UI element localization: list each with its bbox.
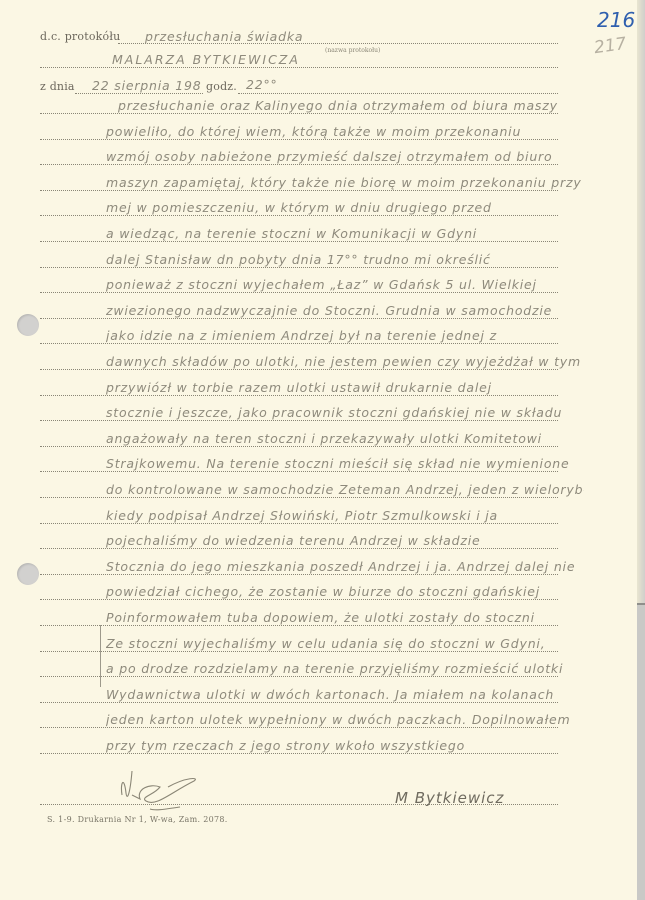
folio-number-previous: 217 bbox=[593, 34, 628, 58]
ruled-line bbox=[40, 318, 558, 319]
ruled-line bbox=[40, 267, 558, 268]
statement-line: a po drodze rozdzielamy na terenie przyj… bbox=[106, 661, 584, 676]
statement-line: mej w pomieszczeniu, w którym w dniu dru… bbox=[106, 200, 584, 215]
witness-signature: M Bytkiewicz bbox=[395, 789, 525, 807]
statement-line: powieliło, do której wiem, którą także w… bbox=[106, 124, 584, 139]
statement-line: przywiózł w torbie razem ulotki ustawił … bbox=[106, 380, 584, 395]
punch-hole-top bbox=[17, 314, 39, 336]
ruled-line bbox=[40, 343, 558, 344]
statement-line: dawnych składów po ulotki, nie jestem pe… bbox=[106, 354, 584, 369]
time-line bbox=[238, 93, 558, 94]
ruled-line bbox=[40, 420, 558, 421]
statement-line: kiedy podpisał Andrzej Słowiński, Piotr … bbox=[106, 508, 584, 523]
ruled-line bbox=[40, 599, 558, 600]
statement-line: angażowały na teren stoczni i przekazywa… bbox=[106, 431, 584, 446]
ruled-line bbox=[40, 164, 558, 165]
ruled-line bbox=[40, 497, 558, 498]
time-handwritten: 22°° bbox=[246, 77, 286, 92]
date-label: z dnia bbox=[40, 80, 75, 93]
ruled-line bbox=[40, 625, 558, 626]
statement-line: dalej Stanisław dn pobyty dnia 17°° trud… bbox=[106, 252, 584, 267]
statement-line: jeden karton ulotek wypełniony w dwóch p… bbox=[106, 712, 584, 727]
statement-line: ponieważ z stoczni wyjechałem „Łaz” w Gd… bbox=[106, 277, 584, 292]
ruled-line bbox=[40, 369, 558, 370]
ruled-line bbox=[40, 651, 558, 652]
time-label: godz. bbox=[206, 80, 237, 93]
statement-line: przy tym rzeczach z jego strony wkoło ws… bbox=[106, 738, 584, 753]
document-page: 216 217 d.c. protokółu przesłuchania świ… bbox=[0, 0, 637, 900]
ruled-line bbox=[40, 139, 558, 140]
statement-line: Strajkowemu. Na terenie stoczni mieścił … bbox=[106, 456, 584, 471]
statement-line: jako idzie na z imieniem Andrzej był na … bbox=[106, 328, 584, 343]
statement-line: przesłuchanie oraz Kalinyego dnia otrzym… bbox=[118, 98, 558, 113]
printer-imprint: S. 1-9. Drukarnia Nr 1, W-wa, Zam. 2078. bbox=[47, 815, 228, 824]
ruled-line bbox=[40, 113, 558, 114]
statement-line: powiedział cichego, że zostanie w biurze… bbox=[106, 584, 584, 599]
ruled-line bbox=[40, 523, 558, 524]
ruled-line bbox=[40, 676, 558, 677]
punch-hole-bottom bbox=[17, 563, 39, 585]
ruled-line bbox=[40, 446, 558, 447]
ruled-line bbox=[40, 471, 558, 472]
statement-line: a wiedząc, na terenie stoczni w Komunika… bbox=[106, 226, 584, 241]
date-line bbox=[75, 93, 203, 94]
ruled-line bbox=[40, 702, 558, 703]
statement-line: pojechaliśmy do wiedzenia terenu Andrzej… bbox=[106, 533, 584, 548]
statement-line: Wydawnictwa ulotki w dwóch kartonach. Ja… bbox=[106, 687, 584, 702]
statement-line: maszyn zapamiętaj, który także nie biorę… bbox=[106, 175, 584, 190]
statement-line: do kontrolowane w samochodzie Zeteman An… bbox=[106, 482, 584, 497]
ruled-line bbox=[40, 292, 558, 293]
ruled-line bbox=[40, 215, 558, 216]
ruled-line bbox=[40, 395, 558, 396]
ruled-line bbox=[40, 241, 558, 242]
witness-line bbox=[40, 67, 558, 68]
interrogator-signature bbox=[110, 765, 210, 815]
folio-number: 216 bbox=[597, 8, 635, 32]
statement-line: Stocznia do jego mieszkania poszedł Andr… bbox=[106, 559, 584, 574]
ruled-line bbox=[40, 727, 558, 728]
statement-line: stocznie i jeszcze, jako pracownik stocz… bbox=[106, 405, 584, 420]
statement-line: wzmój osoby nabieżone przymieść dalszej … bbox=[106, 149, 584, 164]
witness-name-handwritten: MALARZA BYTKIEWICZA bbox=[112, 52, 362, 67]
statement-line: Ze stoczni wyjechaliśmy w celu udania si… bbox=[106, 636, 584, 651]
statement-line: zwiezionego nadzwyczajnie do Stoczni. Gr… bbox=[106, 303, 584, 318]
statement-line: Poinformowałem tuba dopowiem, że ulotki … bbox=[106, 610, 584, 625]
protocol-type-handwritten: przesłuchania świadka bbox=[145, 29, 405, 44]
ruled-line bbox=[40, 574, 558, 575]
margin-bracket bbox=[100, 625, 101, 687]
ruled-line bbox=[40, 190, 558, 191]
protocol-label: d.c. protokółu bbox=[40, 30, 120, 43]
ruled-line bbox=[40, 753, 558, 754]
scan-edge bbox=[637, 0, 645, 900]
ruled-line bbox=[40, 548, 558, 549]
date-handwritten: 22 sierpnia 1980 bbox=[92, 78, 202, 93]
